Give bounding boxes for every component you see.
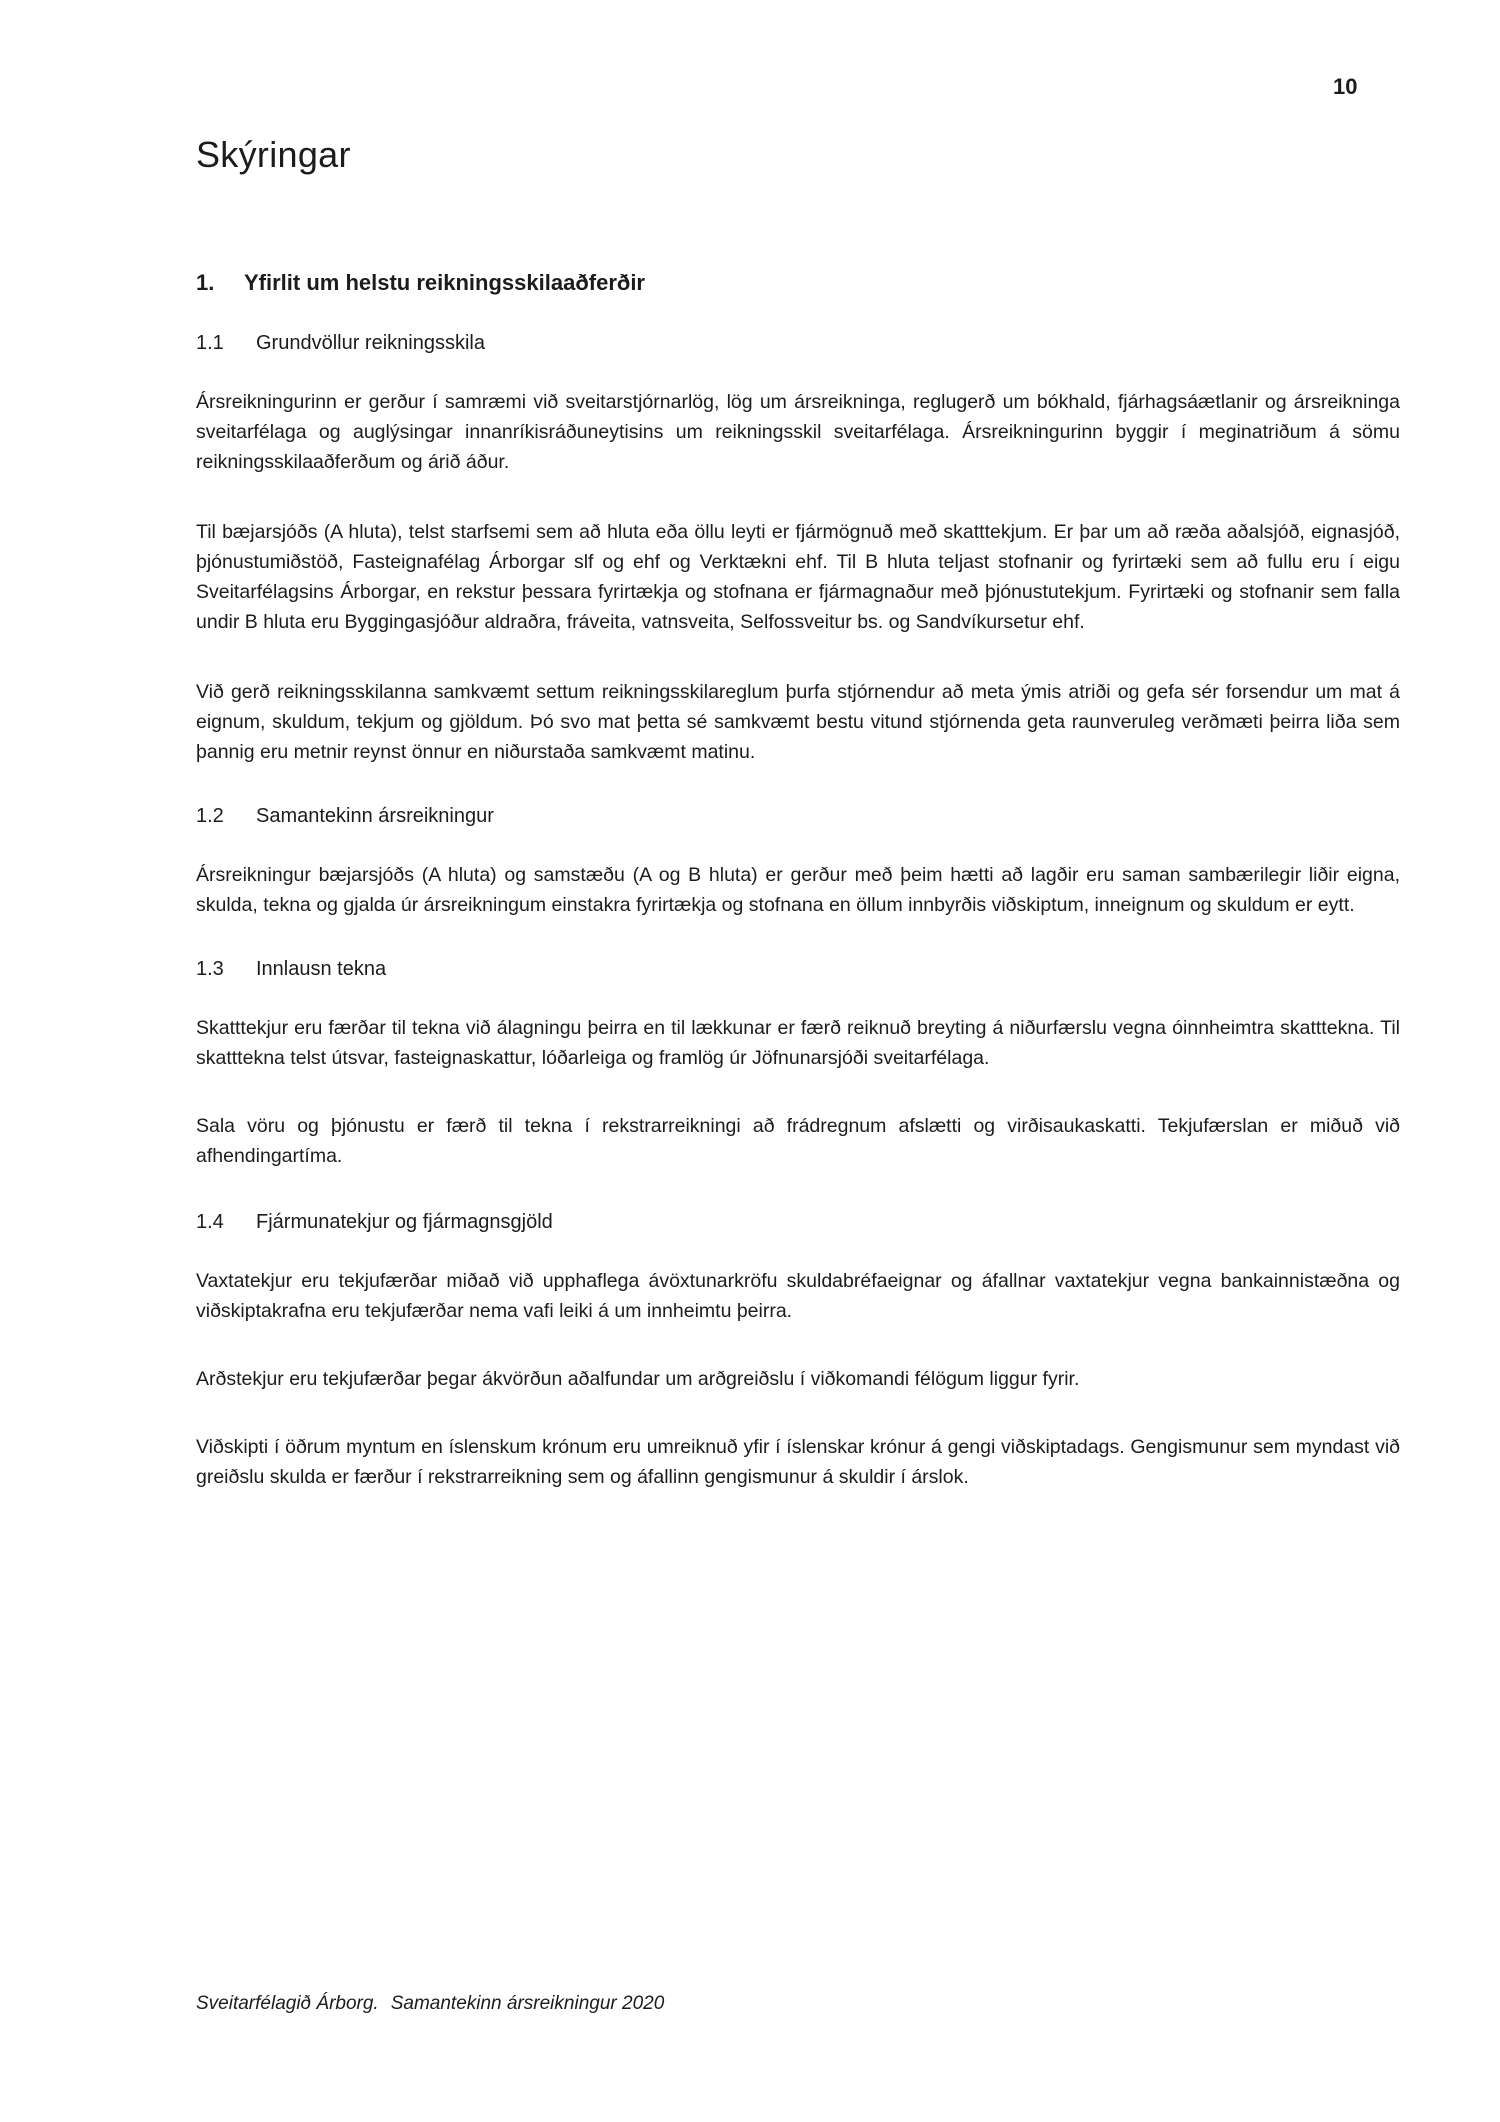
document-body: 1. Yfirlit um helstu reikningsskilaaðfer…: [196, 270, 1400, 1528]
page-title: Skýringar: [196, 134, 351, 176]
paragraph: Til bæjarsjóðs (A hluta), telst starfsem…: [196, 517, 1400, 637]
page-number: 10: [1333, 74, 1357, 100]
subsection-number: 1.2: [196, 805, 256, 828]
subsection-samantekinn: 1.2 Samantekinn ársreikningur Ársreiknin…: [196, 805, 1400, 920]
subsection-title: Grundvöllur reikningsskila: [256, 332, 485, 355]
paragraph: Sala vöru og þjónustu er færð til tekna …: [196, 1111, 1400, 1171]
section-title: Yfirlit um helstu reikningsskilaaðferðir: [244, 270, 645, 296]
subsection-heading: 1.3 Innlausn tekna: [196, 958, 1400, 981]
footer-organization: Sveitarfélagið Árborg.: [196, 1993, 379, 2014]
subsection-heading: 1.1 Grundvöllur reikningsskila: [196, 332, 1400, 355]
section-heading: 1. Yfirlit um helstu reikningsskilaaðfer…: [196, 270, 1400, 296]
subsection-number: 1.3: [196, 958, 256, 981]
subsection-fjarmunatekjur: 1.4 Fjármunatekjur og fjármagnsgjöld Vax…: [196, 1211, 1400, 1492]
subsection-innlausn: 1.3 Innlausn tekna Skatttekjur eru færða…: [196, 958, 1400, 1171]
subsection-title: Samantekinn ársreikningur: [256, 805, 494, 828]
subsection-number: 1.1: [196, 332, 256, 355]
paragraph: Skatttekjur eru færðar til tekna við ála…: [196, 1013, 1400, 1073]
paragraph: Vaxtatekjur eru tekjufærðar miðað við up…: [196, 1266, 1400, 1326]
page-footer: Sveitarfélagið Árborg.Samantekinn ársrei…: [196, 1993, 664, 2015]
paragraph: Viðskipti í öðrum myntum en íslenskum kr…: [196, 1432, 1400, 1492]
section-number: 1.: [196, 270, 244, 296]
subsection-grundvollur: 1.1 Grundvöllur reikningsskila Ársreikni…: [196, 332, 1400, 767]
paragraph: Við gerð reikningsskilanna samkvæmt sett…: [196, 677, 1400, 767]
subsection-title: Innlausn tekna: [256, 958, 386, 981]
paragraph: Arðstekjur eru tekjufærðar þegar ákvörðu…: [196, 1364, 1400, 1394]
subsection-heading: 1.4 Fjármunatekjur og fjármagnsgjöld: [196, 1211, 1400, 1234]
footer-document: Samantekinn ársreikningur 2020: [391, 1993, 665, 2014]
paragraph: Ársreikningurinn er gerður í samræmi við…: [196, 387, 1400, 477]
subsection-title: Fjármunatekjur og fjármagnsgjöld: [256, 1211, 553, 1234]
subsection-heading: 1.2 Samantekinn ársreikningur: [196, 805, 1400, 828]
paragraph: Ársreikningur bæjarsjóðs (A hluta) og sa…: [196, 860, 1400, 920]
subsection-number: 1.4: [196, 1211, 256, 1234]
